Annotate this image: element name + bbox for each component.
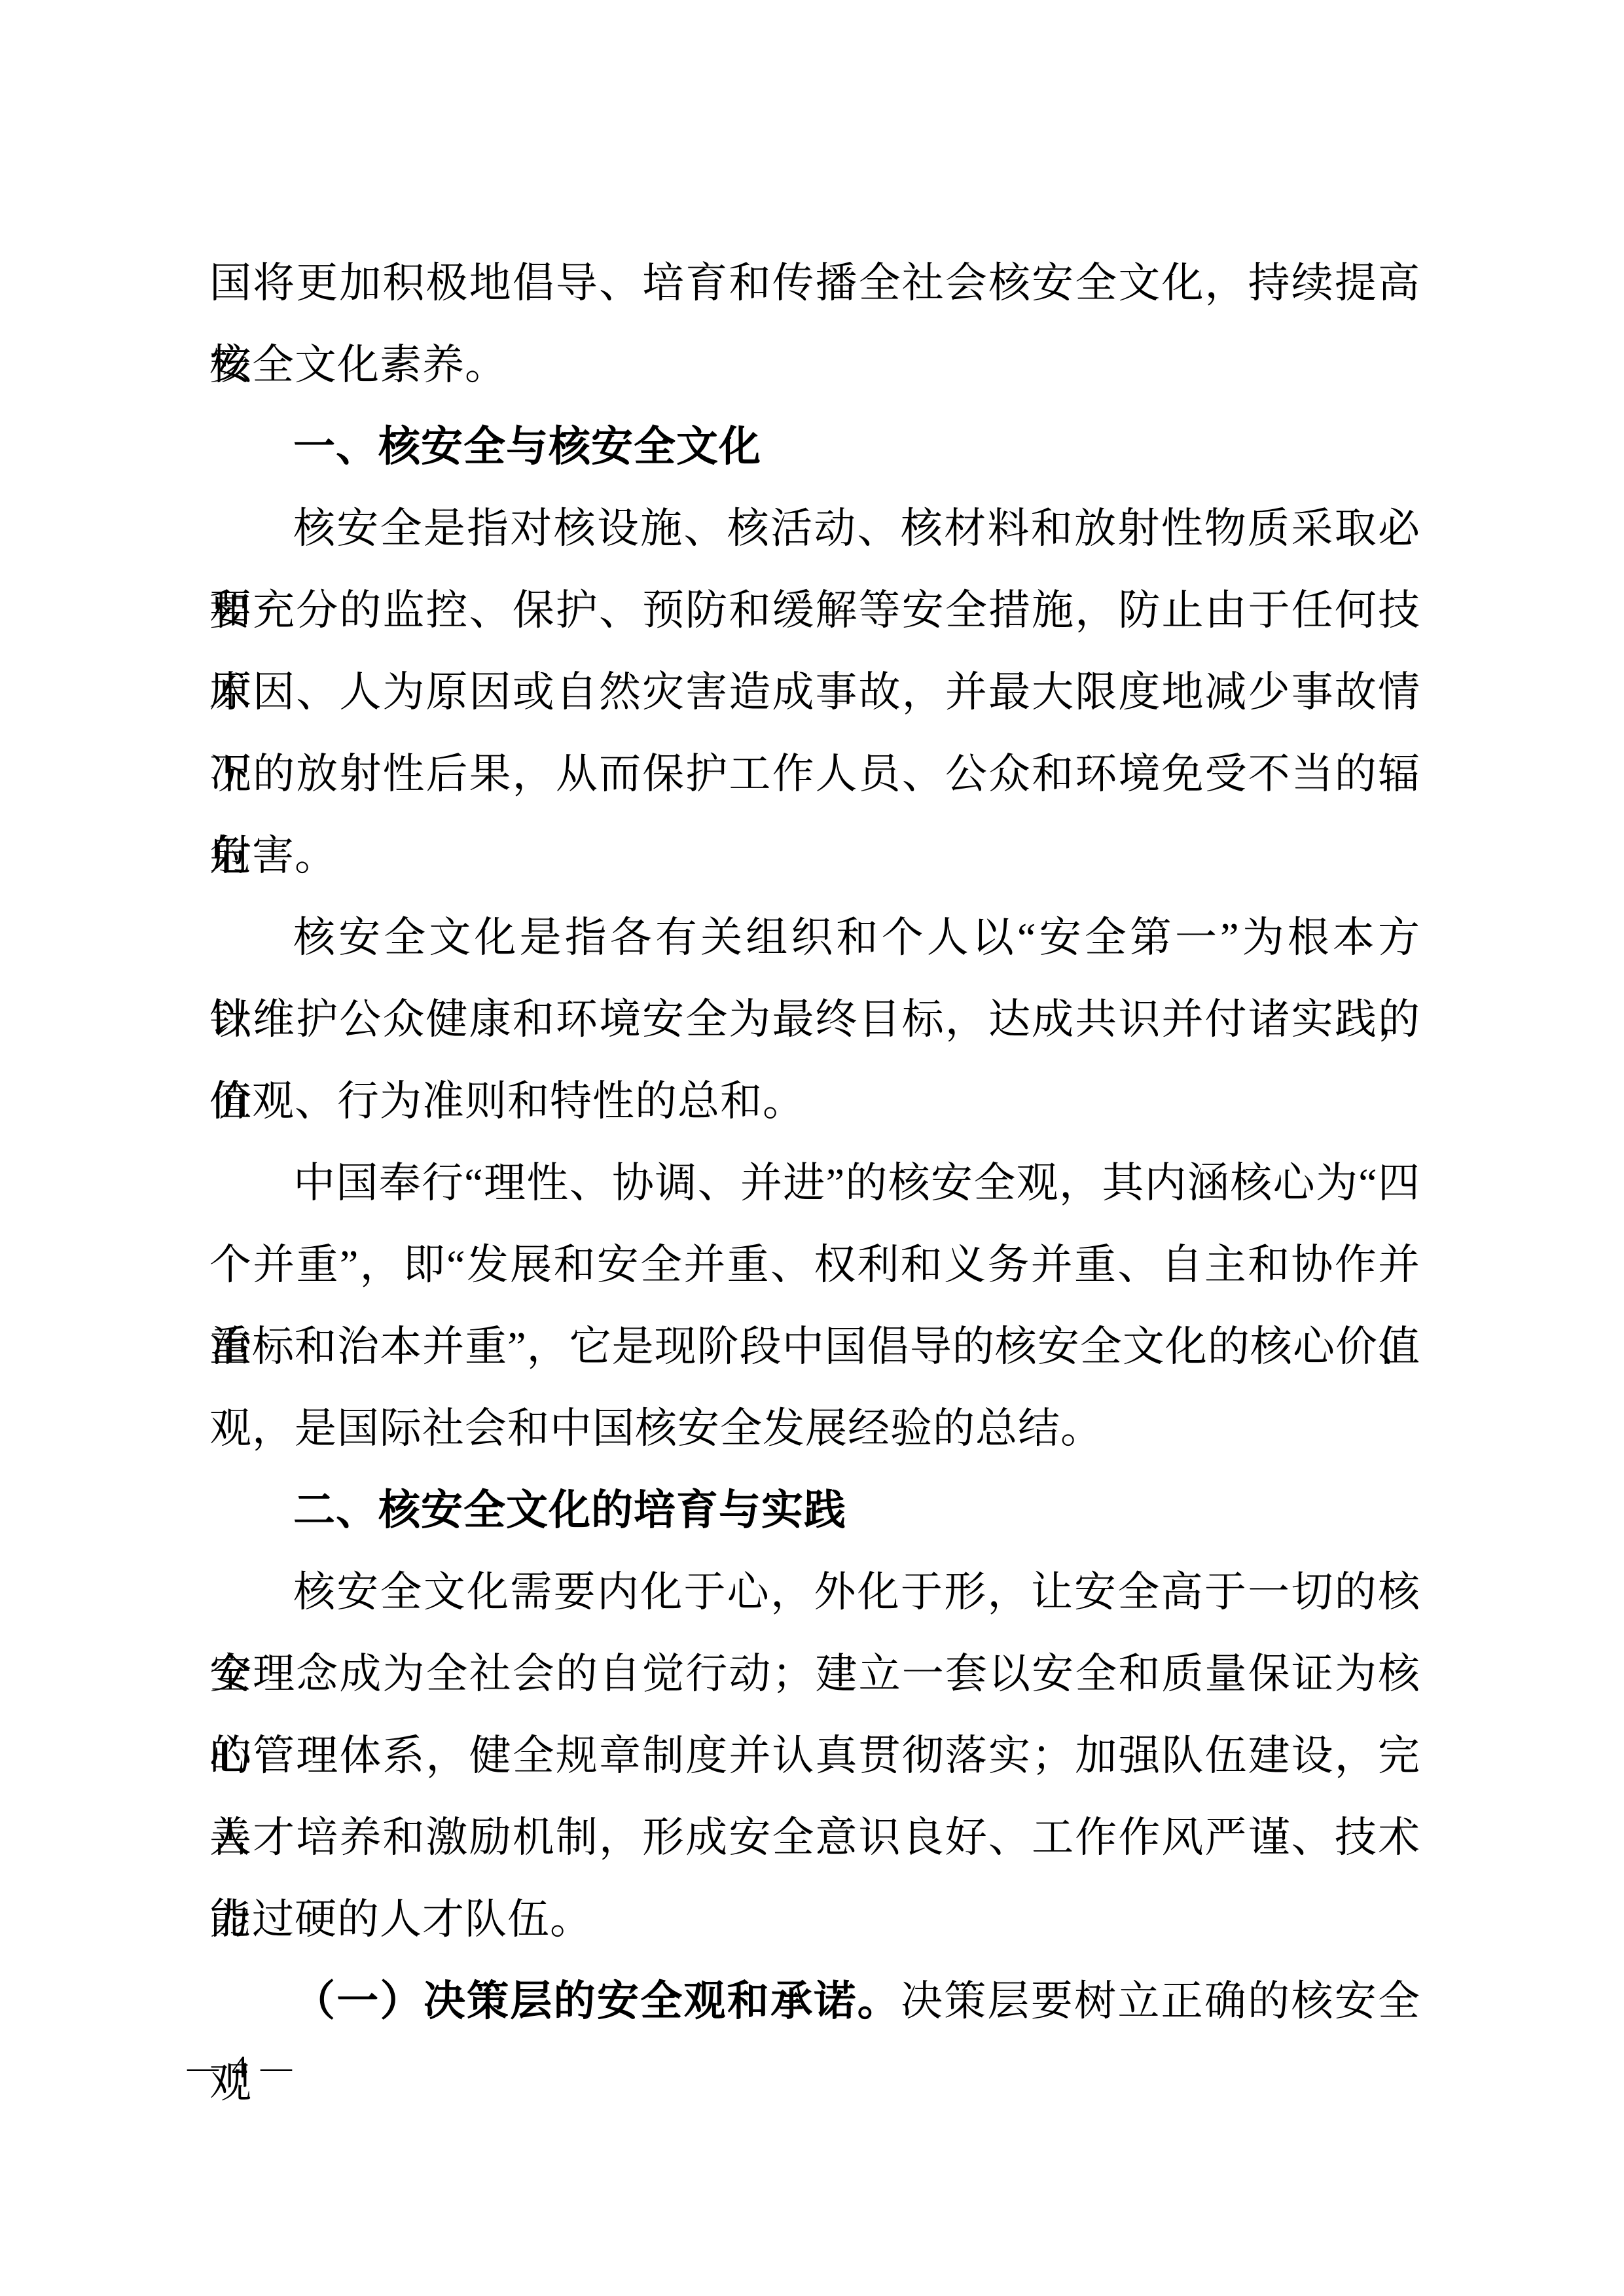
text-line: 核安全文化需要内化于心，外化于形，让安全高于一切的核安 [209, 1551, 1420, 1633]
text-line: 人才培养和激励机制，形成安全意识良好、工作作风严谨、技术能 [209, 1797, 1420, 1878]
text-line: 原因、人为原因或自然灾害造成事故，并最大限度地减少事故情况 [209, 651, 1420, 733]
text-line: 安全文化素养。 [209, 324, 1420, 406]
text-segment: 观，是国际社会和中国核安全发展经验的总结。 [209, 1405, 1103, 1452]
text-segment: 中国奉行“理性、协调、并进”的核安全观，其内涵核心为“四 [293, 1160, 1420, 1206]
text-segment: 安全文化素养。 [209, 342, 507, 388]
text-segment: 力过硬的人才队伍。 [209, 1896, 592, 1943]
text-line: 核安全是指对核设施、核活动、核材料和放射性物质采取必要 [209, 488, 1420, 569]
text-line: 下的放射性后果，从而保护工作人员、公众和环境免受不当的辐射 [209, 733, 1420, 815]
text-line: 危害。 [209, 815, 1420, 897]
text-line: 观，是国际社会和中国核安全发展经验的总结。 [209, 1388, 1420, 1469]
subsection-heading-1: （一）决策层的安全观和承诺。决策层要树立正确的核安全观 [209, 1960, 1420, 2042]
text-segment: 治标和治本并重”，它是现阶段中国倡导的核安全文化的核心价值 [209, 1323, 1420, 1370]
document-body: 国将更加积极地倡导、培育和传播全社会核安全文化，持续提高核安全文化素养。一、核安… [209, 242, 1420, 2042]
text-segment: 危害。 [209, 833, 337, 879]
section-heading-1: 一、核安全与核安全文化 [209, 406, 1420, 488]
text-line: 力过硬的人才队伍。 [209, 1878, 1420, 1960]
heading-text: 一、核安全与核安全文化 [293, 423, 761, 470]
document-page: 国将更加积极地倡导、培育和传播全社会核安全文化，持续提高核安全文化素养。一、核安… [0, 0, 1624, 2296]
text-line: 值观、行为准则和特性的总和。 [209, 1060, 1420, 1142]
text-line: 核安全文化是指各有关组织和个人以“安全第一”为根本方针， [209, 897, 1420, 978]
text-segment: 值观、行为准则和特性的总和。 [209, 1078, 805, 1124]
text-line: 国将更加积极地倡导、培育和传播全社会核安全文化，持续提高核 [209, 242, 1420, 324]
text-line: 的管理体系，健全规章制度并认真贯彻落实；加强队伍建设，完善 [209, 1715, 1420, 1797]
text-line: 个并重”，即“发展和安全并重、权利和义务并重、自主和协作并重、 [209, 1224, 1420, 1306]
section-heading-2: 二、核安全文化的培育与实践 [209, 1469, 1420, 1551]
text-line: 全理念成为全社会的自觉行动；建立一套以安全和质量保证为核心 [209, 1633, 1420, 1715]
subsection-heading-text: （一）决策层的安全观和承诺。 [293, 1978, 901, 2024]
text-line: 和充分的监控、保护、预防和缓解等安全措施，防止由于任何技术 [209, 569, 1420, 651]
page-number: — 4 — [187, 2039, 295, 2096]
heading-text: 二、核安全文化的培育与实践 [293, 1486, 846, 1534]
text-line: 以维护公众健康和环境安全为最终目标，达成共识并付诸实践的价 [209, 978, 1420, 1060]
text-line: 治标和治本并重”，它是现阶段中国倡导的核安全文化的核心价值 [209, 1306, 1420, 1388]
text-line: 中国奉行“理性、协调、并进”的核安全观，其内涵核心为“四 [209, 1142, 1420, 1224]
